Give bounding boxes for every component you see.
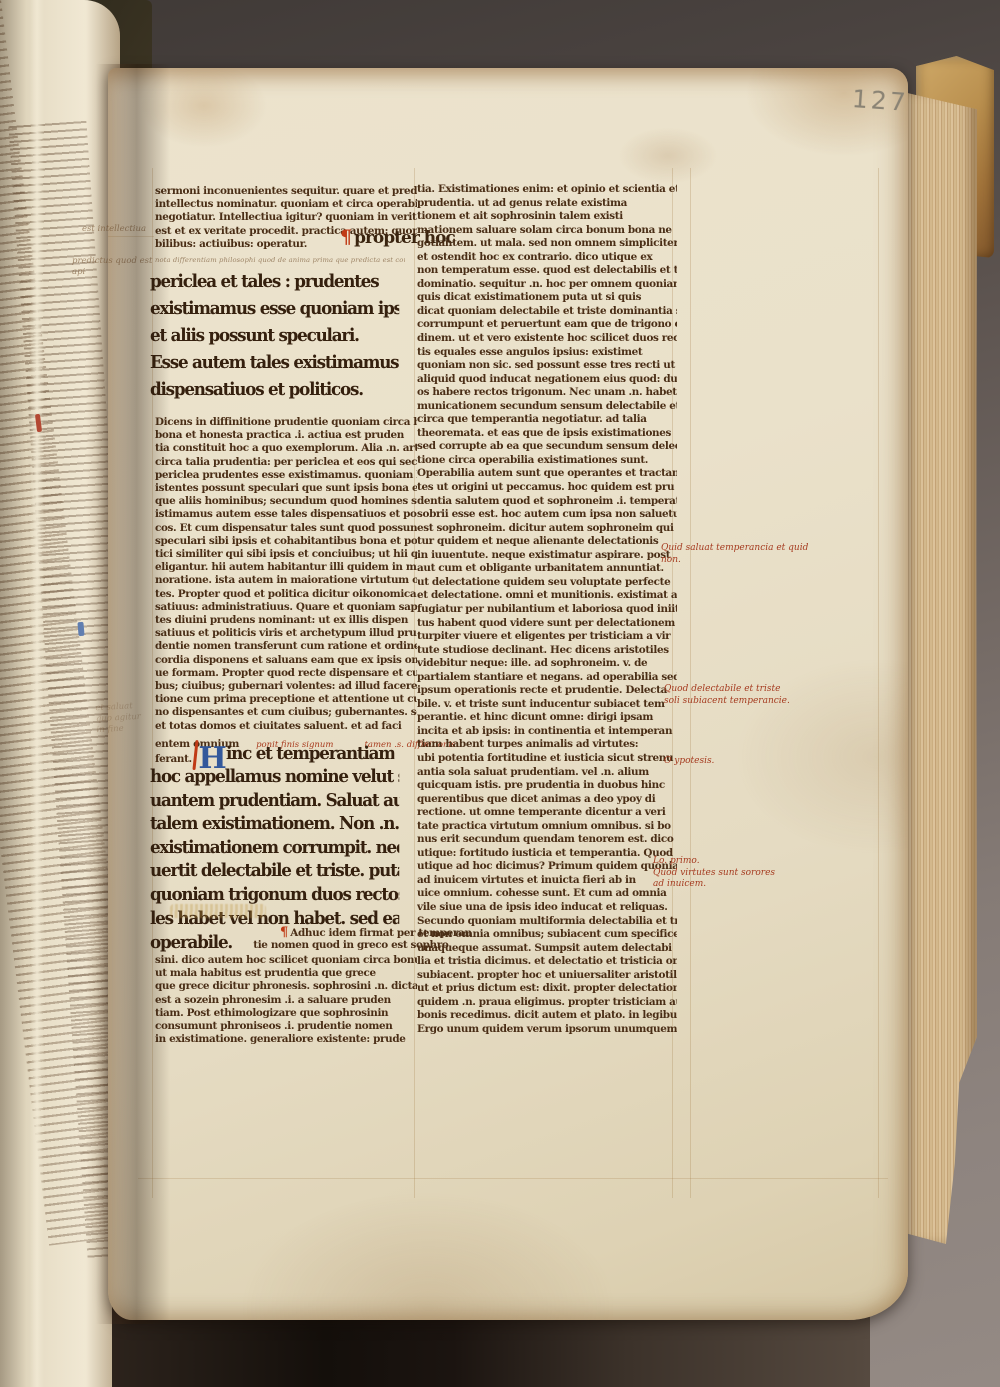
manuscript-page: 127 sermoni inconuenientes sequitur. qua…	[108, 68, 908, 1320]
text-line: unaqueque assumat. Sumpsit autem delecta…	[417, 942, 677, 956]
text-line: Dicens in diffinitione prudentie quoniam…	[155, 416, 417, 429]
text-line: ubi potentia fortitudine et iusticia sic…	[417, 752, 677, 766]
ruling-line	[878, 168, 879, 1198]
text-line: bona et honesta practica .i. actiua est …	[155, 429, 417, 442]
text-line: Ergo unum quidem verum ipsorum unumquemq…	[417, 1023, 677, 1037]
text-line: Lo. primo.	[653, 856, 863, 868]
text-line: querentibus que dicet animas a deo ypoy …	[417, 793, 677, 807]
text-line: tus habent quod videre sunt per delectat…	[417, 617, 677, 631]
text-line: aut cum et obligante urbanitatem annunti…	[417, 562, 677, 576]
text-line: non temperatum esse. quod est delectabil…	[417, 264, 677, 278]
left-column-commentary-1: Dicens in diffinitione prudentie quoniam…	[155, 416, 417, 733]
text-line: tis equales esse angulos ipsius: existim…	[417, 346, 677, 360]
text-line: et totas domos et ciuitates saluent. et …	[155, 720, 417, 733]
text-line: turpiter viuere et eligentes per tristic…	[417, 630, 677, 644]
text-line: existimationem corrumpit. neque per	[150, 836, 399, 860]
text-line: no dispensantes et cum ciuibus; gubernan…	[155, 706, 417, 719]
text-line: O ypotesis.	[664, 756, 864, 768]
text-line: periclea et tales : prudentes	[150, 268, 399, 295]
text-line: mationem saluare solam circa bonum bona …	[417, 224, 677, 238]
text-line: antia sola saluat prudentiam. vel .n. al…	[417, 766, 677, 780]
text-line: dicat quoniam delectabile et triste domi…	[417, 305, 677, 319]
right-column-text: tia. Existimationes enim: et opinio et s…	[417, 183, 677, 1036]
text-line: Quod delectabile et triste	[664, 684, 864, 696]
text-line: tute studiose declinant. Hec dicens aris…	[417, 644, 677, 658]
margin-note-left-3: et saluatquo agiturin fine	[95, 701, 142, 736]
lemma-1-display-text: periclea et tales : prudentesexistimamus…	[150, 268, 418, 403]
text-line: negotiatur. Intellectiua igitur? quoniam…	[155, 211, 417, 224]
margin-note-virtutes-sorores: Lo. primo.Quod virtutes sunt sororesad i…	[653, 856, 863, 891]
text-line: quidem .n. praua eligimus. propter trist…	[417, 996, 677, 1010]
text-line: tione cum prima preceptione et attention…	[155, 693, 417, 706]
text-line: ad inuicem virtutes et inuicta fieri ab …	[417, 874, 677, 888]
text-line: rectione. ut omne temperante dicentur a …	[417, 806, 677, 820]
left-column-commentary-2: sini. dico autem hoc scilicet quoniam ci…	[155, 954, 417, 1046]
text-line: corrumpunt et peruertunt eam que de trig…	[417, 318, 677, 332]
text-line: que aliis hominibus; secundum quod homin…	[155, 495, 417, 508]
text-line: tiam habent turpes animalis ad virtutes:	[417, 738, 677, 752]
text-line: noratione. ista autem in maioratione vir…	[155, 574, 417, 587]
text-line: dentie nomen transferunt cum ratione et …	[155, 640, 417, 653]
text-line: tione circa operabilia existimationes su…	[417, 454, 677, 468]
text-line: sobrii esse est. hoc autem cum ipsa non …	[417, 508, 677, 522]
text-line: tate practica virtutum omnium omnibus. s…	[417, 820, 677, 834]
text-line: aliquid quod inducat negationem eius quo…	[417, 373, 677, 387]
text-line: uertit delectabile et triste. puta	[150, 859, 399, 883]
text-line: videbitur neque: ille. ad sophroneim. v.…	[417, 657, 677, 671]
margin-note-left-1: est intellectiua	[82, 224, 146, 235]
text-line: existimamus esse quoniam ipsis bona	[150, 295, 399, 322]
text-line: dentia salutem quod et sophroneim .i. te…	[417, 495, 677, 509]
text-line: talem existimationem. Non .n. omnem	[150, 812, 399, 836]
text-line: consumunt phroniseos .i. prudentie nomen	[155, 1020, 417, 1033]
text-line: utique ad hoc dicimus? Primum quidem quo…	[417, 860, 677, 874]
text-line: bus; ciuibus; gubernari volentes: ad ill…	[155, 680, 417, 693]
ruling-line	[690, 168, 691, 1198]
text-line: Secundo quoniam multiformia delectabilia…	[417, 915, 677, 929]
text-line: sermoni inconuenientes sequitur. quare e…	[155, 185, 417, 198]
text-line: tionem et ait sophrosinin talem existi	[417, 210, 677, 224]
text-line: ut et prius dictum est: dixit. propter d…	[417, 982, 677, 996]
text-line: cos. Et cum dispensatur tales sunt quod …	[155, 522, 417, 535]
erased-marginal-scribble	[170, 904, 266, 918]
text-line: tici similiter qui sibi ipsis et conciui…	[155, 548, 417, 561]
margin-note-quid-salvat: Quid saluat temperancia et quidnon.	[661, 543, 861, 566]
margin-note-delectabile: Quod delectabile et tristesoli subiacent…	[664, 684, 864, 707]
text-line: incita et ab ipsis: in continentia et in…	[417, 725, 677, 739]
text-line: gotiantem. ut mala. sed non omnem simpli…	[417, 237, 677, 251]
text-line: dinem. ut et vero existente hoc scilicet…	[417, 332, 677, 346]
text-line: partialem stantiare et negans. ad operab…	[417, 671, 677, 685]
text-line: circa talia prudentia: per periclea et e…	[155, 456, 417, 469]
text-line: quis dicat existimationem puta ut si qui…	[417, 291, 677, 305]
text-line: theoremata. et eas que de ipsis existima…	[417, 427, 677, 441]
text-line: bonis recedimus. dicit autem et plato. i…	[417, 1009, 677, 1023]
text-line: est sophroneim. dicitur autem sophroneim…	[417, 522, 677, 536]
text-line: perantie. et hinc dicunt omne: dirigi ip…	[417, 711, 677, 725]
text-line: et aliis possunt speculari.	[150, 322, 399, 349]
text-line: et delectatione. omni et munitionis. exi…	[417, 589, 677, 603]
text-line: utique: fortitudo iusticia et temperanti…	[417, 847, 677, 861]
text-line: tia constituit hoc a quo exemplorum. Ali…	[155, 442, 417, 455]
text-line: quicquam istis. pre prudentia in duobus …	[417, 779, 677, 793]
red-paraph-icon: ¶	[340, 226, 352, 248]
text-line: et non omnia omnibus; subiacent cum spec…	[417, 928, 677, 942]
text-line: que grece dicitur phronesis. sophrosini …	[155, 980, 417, 993]
margin-note-left-2: predictus quod estapi	[72, 256, 152, 278]
text-line: satiuus: administratiuus. Quare et quoni…	[155, 601, 417, 614]
ruling-line	[138, 1178, 888, 1179]
text-line: speculari sibi ipsis et cohabitantibus b…	[155, 535, 417, 548]
text-line: hoc appellamus nomine velut sal	[150, 765, 399, 789]
text-line: ad inuicem.	[653, 879, 863, 891]
text-line: in fine	[96, 723, 141, 736]
fore-edge-pages	[903, 92, 977, 1244]
text-line: uice omnium. cohesse sunt. Et cum ad omn…	[417, 887, 677, 901]
text-line: cordia disponens et saluans eam que ex i…	[155, 654, 417, 667]
text-line: uantem prudentiam. Saluat autem	[150, 789, 399, 813]
text-line: os habere rectos trigonum. Nec unam .n. …	[417, 386, 677, 400]
text-line: soli subiacent temperancie.	[664, 696, 864, 708]
text-line: tes diuini prudens nominant: ut ex illis…	[155, 614, 417, 627]
interlinear-gloss: nota differentiam philosophi quod de ani…	[155, 256, 405, 264]
text-line: tur quidem et neque alienante delectatio…	[417, 535, 677, 549]
text-line: ut delectatione quidem seu voluptate per…	[417, 576, 677, 590]
text-line: istimamus autem esse tales dispensatiuos…	[155, 508, 417, 521]
text-line: prudentia. ut ad genus relate existima	[417, 197, 677, 211]
text-line: bile. v. et triste sunt inducentur subia…	[417, 698, 677, 712]
text-line: et ostendit hoc ex contrario. dico utiqu…	[417, 251, 677, 265]
text-line: nus erit secundum quendam tenorem est. d…	[417, 833, 677, 847]
text-line: ut mala habitus est prudentia que grece	[155, 967, 417, 980]
folio-number: 127	[851, 84, 910, 117]
text-line: est intellectiua	[82, 224, 146, 235]
text-line: in iuuentute. neque existimatur aspirare…	[417, 549, 677, 563]
text-line: Quid saluat temperancia et quid	[661, 543, 861, 555]
text-line: in existimatione. generaliore existente:…	[155, 1033, 417, 1046]
text-line: Esse autem tales existimamus	[150, 349, 399, 376]
text-line: tia. Existimationes enim: et opinio et s…	[417, 183, 677, 197]
text-line: istentes possunt speculari que sunt ipsi…	[155, 482, 417, 495]
text-line: sini. dico autem hoc scilicet quoniam ci…	[155, 954, 417, 967]
text-line: Operabilia autem sunt que operantes et t…	[417, 467, 677, 481]
operabile-line: operabile. tie nomen quod in greco est s…	[150, 932, 418, 953]
text-line: fugiatur per nubilantium et laboriosa qu…	[417, 603, 677, 617]
text-line: api	[72, 267, 152, 278]
text-line: ipsum operationis recte et prudentie. De…	[417, 684, 677, 698]
text-line: non.	[661, 555, 861, 567]
facing-page	[0, 0, 120, 1387]
text-line: circa que temperantia negotiatur. ad tal…	[417, 413, 677, 427]
text-line: dominatio. sequitur .n. hoc per omnem qu…	[417, 278, 677, 292]
text-line: intellectus nominatur. quoniam et circa …	[155, 198, 417, 211]
margin-note-ypotesis: O ypotesis.	[664, 756, 864, 768]
text-line: vile siue una de ipsis ideo inducat et r…	[417, 901, 677, 915]
text-line: satiuus et politicis viris et archetypum…	[155, 627, 417, 640]
text-line: tes ut origini ut peccamus. hoc quidem e…	[417, 481, 677, 495]
text-line: tiam. Post ethimologizare que sophrosini…	[155, 1007, 417, 1020]
text-line: dispensatiuos et politicos.	[150, 376, 399, 403]
text-line: municationem secundum sensum delectabile…	[417, 400, 677, 414]
text-line: sed corrupte ab ea que secundum sensum d…	[417, 440, 677, 454]
text-line: tes. Propter quod et politica dicitur oi…	[155, 588, 417, 601]
text-line: est a sozein phronesim .i. a saluare pru…	[155, 994, 417, 1007]
text-line: eligantur. hii autem habitantur illi qui…	[155, 561, 417, 574]
text-line: quoniam non sic. sed possunt esse tres r…	[417, 359, 677, 373]
text-line: ue formam. Propter quod recte dispensare…	[155, 667, 417, 680]
text-line: periclea prudentes esse existimamus. quo…	[155, 469, 417, 482]
text-line: Quod virtutes sunt sorores	[653, 868, 863, 880]
text-line: predictus quod est	[72, 256, 152, 267]
text-line: subiacent. propter hoc et uniuersaliter …	[417, 969, 677, 983]
ruling-line	[108, 236, 154, 237]
facing-page-curve-shading	[0, 0, 120, 1387]
text-line: lia et tristia dicimus. et delectatio et…	[417, 955, 677, 969]
